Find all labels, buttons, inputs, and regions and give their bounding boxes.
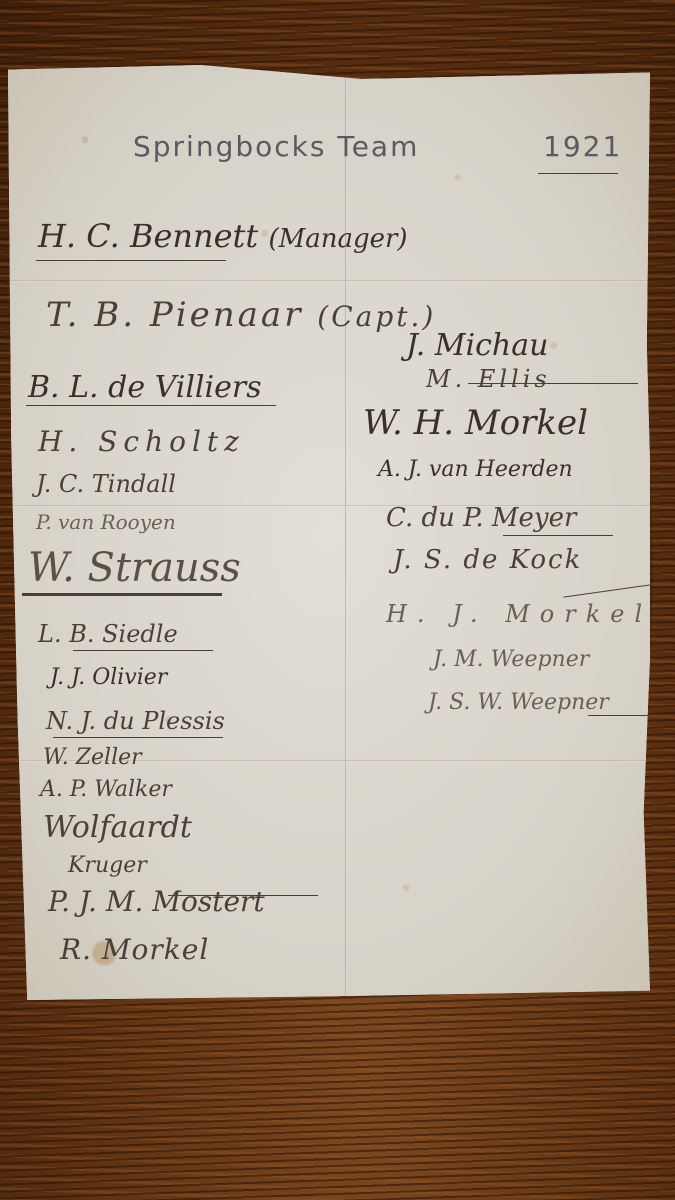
signature-left-5: P. van Rooyen: [36, 510, 176, 534]
signature-right-7: J. M. Weepner: [433, 647, 589, 672]
signature-flourish: [468, 383, 638, 384]
signature-name: P. van Rooyen: [36, 510, 176, 534]
signature-left-14: P. J. M. Mostert: [48, 885, 265, 918]
signature-right-6: H. J. Morkel: [386, 600, 652, 628]
signature-left-11: A. P. Walker: [40, 777, 172, 802]
signature-flourish: [53, 737, 223, 738]
signature-left-4: J. C. Tindall: [36, 470, 176, 498]
signature-left-1: T. B. Pienaar (Capt.): [46, 295, 436, 335]
vertical-fold-crease: [345, 65, 347, 1000]
signature-flourish: [168, 895, 318, 896]
signature-name: Kruger: [68, 853, 147, 878]
horizontal-fold-crease: [8, 280, 650, 282]
signature-name: J. S. W. Weepner: [428, 690, 609, 715]
signature-name: T. B. Pienaar: [46, 295, 303, 335]
signature-left-12: Wolfaardt: [43, 810, 192, 845]
signature-flourish: [26, 405, 276, 406]
signature-left-2: B. L. de Villiers: [28, 370, 262, 405]
signature-name: J. C. Tindall: [36, 470, 176, 498]
signature-right-5: J. S. de Kock: [393, 545, 582, 575]
signature-name: H. J. Morkel: [386, 600, 652, 628]
signature-name: Wolfaardt: [43, 810, 192, 845]
title-text: Springbocks Team: [133, 130, 419, 163]
signature-left-0: H. C. Bennett (Manager): [38, 217, 408, 255]
signature-name: J. S. de Kock: [393, 545, 582, 575]
signature-flourish: [503, 535, 613, 536]
signature-left-15: R. Morkel: [60, 933, 209, 966]
signature-name: J. M. Weepner: [433, 647, 589, 672]
signature-flourish: [588, 715, 648, 716]
signature-flourish: [563, 583, 657, 597]
signature-name: J. J. Olivier: [50, 665, 167, 690]
signature-name: R. Morkel: [60, 933, 209, 966]
signature-name: L. B. Siedle: [38, 620, 178, 648]
signature-right-4: C. du P. Meyer: [386, 503, 576, 533]
signature-flourish: [36, 260, 226, 261]
signature-flourish: [22, 593, 222, 596]
signature-name: N. J. du Plessis: [46, 707, 225, 735]
autograph-sheet: Springbocks Team 1921 H. C. Bennett (Man…: [8, 65, 650, 1000]
signature-left-3: H. Scholtz: [38, 425, 245, 458]
signature-left-8: J. J. Olivier: [50, 665, 167, 690]
signature-name: A. P. Walker: [40, 777, 172, 802]
signature-left-6: W. Strauss: [28, 545, 241, 591]
signature-note: (Manager): [268, 224, 407, 254]
year-text: 1921: [543, 130, 622, 163]
signature-left-13: Kruger: [68, 853, 147, 878]
year-underline: [538, 173, 618, 174]
signature-name: H. Scholtz: [38, 425, 245, 458]
signature-name: C. du P. Meyer: [386, 503, 576, 533]
signature-right-0: J. Michau: [406, 328, 548, 363]
signature-name: B. L. de Villiers: [28, 370, 262, 405]
signature-right-1: M. Ellis: [426, 365, 551, 393]
signature-name: H. C. Bennett: [38, 217, 258, 255]
signature-name: W. Zeller: [43, 745, 142, 770]
signature-name: W. Strauss: [28, 545, 241, 591]
signature-name: M. Ellis: [426, 365, 551, 393]
signature-name: A. J. van Heerden: [378, 457, 573, 482]
sheet-year: 1921: [543, 130, 622, 163]
signature-right-8: J. S. W. Weepner: [428, 690, 609, 715]
signature-left-7: L. B. Siedle: [38, 620, 178, 648]
signature-name: P. J. M. Mostert: [48, 885, 265, 918]
signature-left-10: W. Zeller: [43, 745, 142, 770]
signature-right-3: A. J. van Heerden: [378, 457, 573, 482]
signature-name: J. Michau: [406, 328, 548, 363]
signature-name: W. H. Morkel: [363, 403, 588, 443]
signature-right-2: W. H. Morkel: [363, 403, 588, 443]
signature-flourish: [73, 650, 213, 651]
sheet-title: Springbocks Team: [133, 130, 419, 163]
signature-left-9: N. J. du Plessis: [46, 707, 225, 735]
